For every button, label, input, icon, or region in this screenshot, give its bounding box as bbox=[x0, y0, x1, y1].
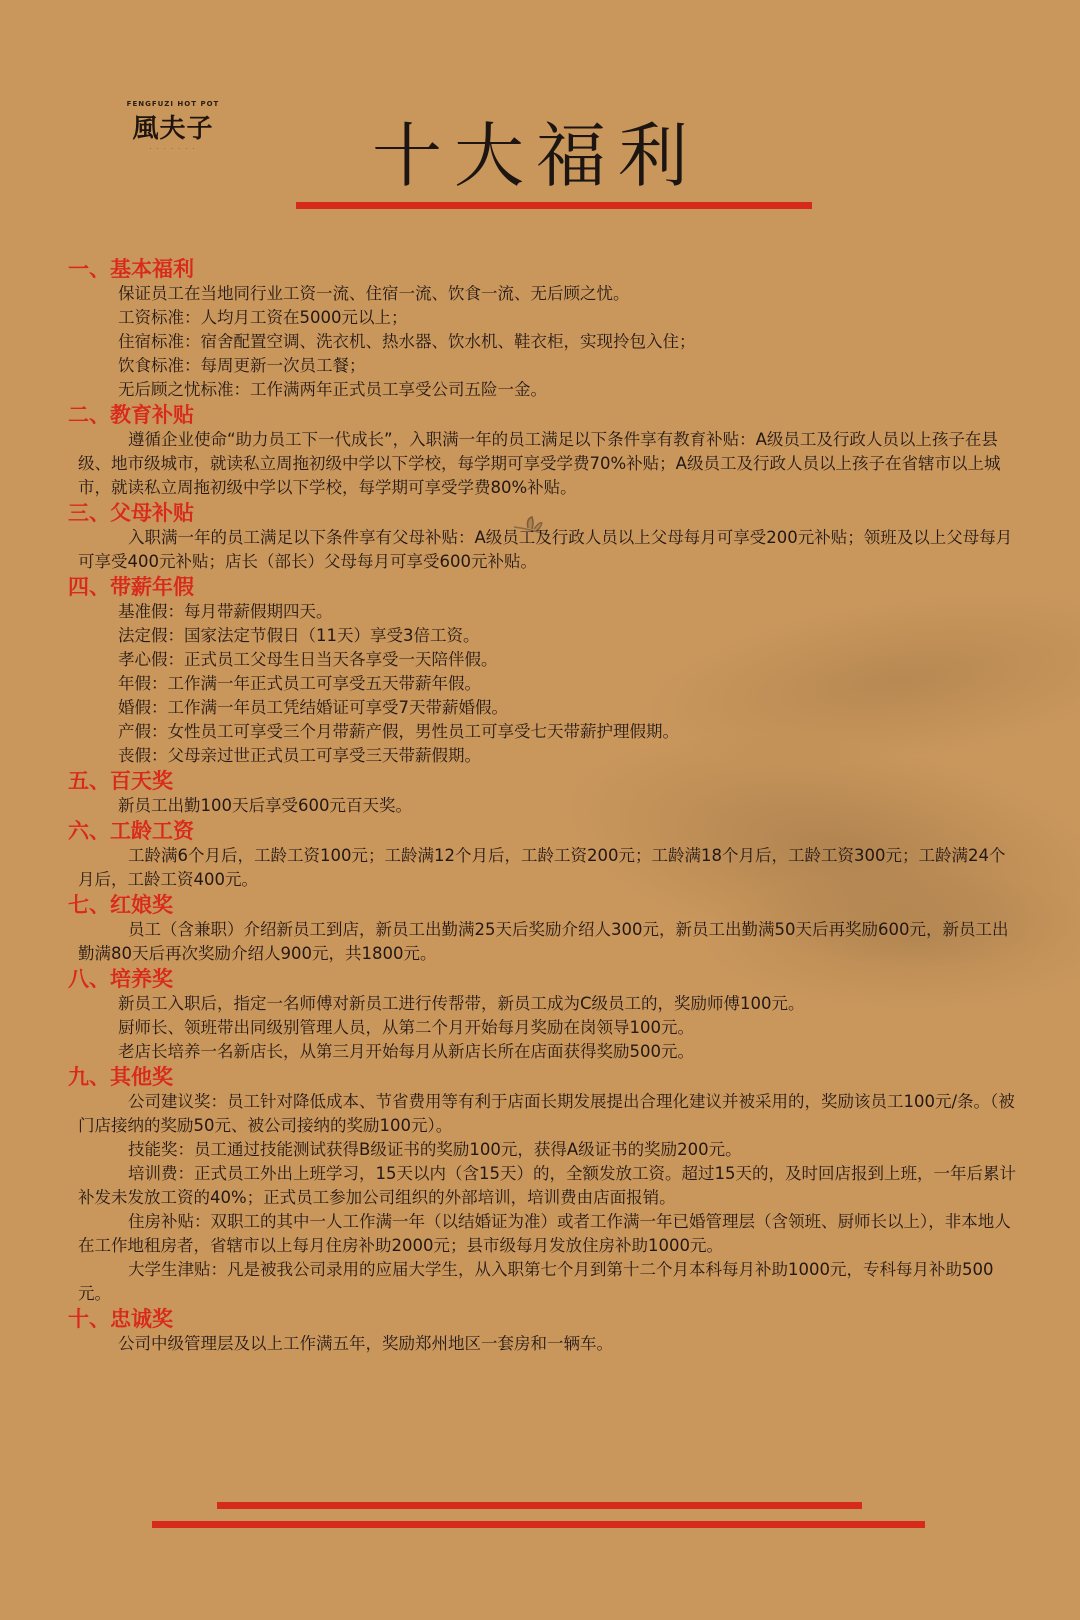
list-item: 无后顾之忧标准：工作满两年正式员工享受公司五险一金。 bbox=[68, 378, 1018, 402]
section-heading: 九、其他奖 bbox=[68, 1064, 1018, 1090]
section-parent-subsidy: 三、父母补贴 入职满一年的员工满足以下条件享有父母补贴：A级员工及行政人员以上父… bbox=[68, 500, 1018, 574]
section-paid-leave: 四、带薪年假 基准假：每月带薪假期四天。 法定假：国家法定节假日（11天）享受3… bbox=[68, 574, 1018, 768]
bottom-divider bbox=[152, 1521, 925, 1528]
section-heading: 三、父母补贴 bbox=[68, 500, 1018, 526]
brand-logo: FENGFUZI HOT POT 風夫子 · · · · · · · bbox=[118, 100, 228, 152]
list-item: 住宿标准：宿舍配置空调、洗衣机、热水器、饮水机、鞋衣柜，实现拎包入住； bbox=[68, 330, 1018, 354]
section-referral-award: 七、红娘奖 员工（含兼职）介绍新员工到店，新员工出勤满25天后奖励介绍人300元… bbox=[68, 892, 1018, 966]
list-item: 孝心假：正式员工父母生日当天各享受一天陪伴假。 bbox=[68, 648, 1018, 672]
benefits-poster: FENGFUZI HOT POT 風夫子 · · · · · · · 十大福利 … bbox=[0, 0, 1080, 1620]
paragraph: 工龄满6个月后，工龄工资100元；工龄满12个月后，工龄工资200元；工龄满18… bbox=[68, 844, 1018, 892]
page-title: 十大福利 bbox=[296, 118, 776, 194]
section-heading: 一、基本福利 bbox=[68, 256, 1018, 282]
paragraph: 员工（含兼职）介绍新员工到店，新员工出勤满25天后奖励介绍人300元，新员工出勤… bbox=[68, 918, 1018, 966]
section-mentoring-award: 八、培养奖 新员工入职后，指定一名师傅对新员工进行传帮带，新员工成为C级员工的，… bbox=[68, 966, 1018, 1064]
list-item: 老店长培养一名新店长，从第三月开始每月从新店长所在店面获得奖励500元。 bbox=[68, 1040, 1018, 1064]
paragraph: 技能奖：员工通过技能测试获得B级证书的奖励100元，获得A级证书的奖励200元。 bbox=[68, 1138, 1018, 1162]
section-seniority-pay: 六、工龄工资 工龄满6个月后，工龄工资100元；工龄满12个月后，工龄工资200… bbox=[68, 818, 1018, 892]
section-basic-benefits: 一、基本福利 保证员工在当地同行业工资一流、住宿一流、饮食一流、无后顾之忧。 工… bbox=[68, 256, 1018, 402]
section-heading: 八、培养奖 bbox=[68, 966, 1018, 992]
section-other-awards: 九、其他奖 公司建议奖：员工针对降低成本、节省费用等有利于店面长期发展提出合理化… bbox=[68, 1064, 1018, 1306]
list-item: 产假：女性员工可享受三个月带薪产假，男性员工可享受七天带薪护理假期。 bbox=[68, 720, 1018, 744]
list-item: 新员工入职后，指定一名师傅对新员工进行传帮带，新员工成为C级员工的，奖励师傅10… bbox=[68, 992, 1018, 1016]
list-item: 基准假：每月带薪假期四天。 bbox=[68, 600, 1018, 624]
section-heading: 四、带薪年假 bbox=[68, 574, 1018, 600]
section-education-subsidy: 二、教育补贴 遵循企业使命“助力员工下一代成长”，入职满一年的员工满足以下条件享… bbox=[68, 402, 1018, 500]
title-underline bbox=[296, 202, 812, 209]
paragraph: 培训费：正式员工外出上班学习，15天以内（含15天）的，全额发放工资。超过15天… bbox=[68, 1162, 1018, 1210]
section-heading: 六、工龄工资 bbox=[68, 818, 1018, 844]
list-item: 保证员工在当地同行业工资一流、住宿一流、饮食一流、无后顾之忧。 bbox=[68, 282, 1018, 306]
paragraph: 公司建议奖：员工针对降低成本、节省费用等有利于店面长期发展提出合理化建议并被采用… bbox=[68, 1090, 1018, 1138]
paragraph: 入职满一年的员工满足以下条件享有父母补贴：A级员工及行政人员以上父母每月可享受2… bbox=[68, 526, 1018, 574]
paragraph: 遵循企业使命“助力员工下一代成长”，入职满一年的员工满足以下条件享有教育补贴：A… bbox=[68, 428, 1018, 500]
section-heading: 二、教育补贴 bbox=[68, 402, 1018, 428]
paragraph: 大学生津贴：凡是被我公司录用的应届大学生，从入职第七个月到第十二个月本科每月补助… bbox=[68, 1258, 1018, 1306]
section-heading: 五、百天奖 bbox=[68, 768, 1018, 794]
section-loyalty-award: 十、忠诚奖 公司中级管理层及以上工作满五年，奖励郑州地区一套房和一辆车。 bbox=[68, 1306, 1018, 1356]
section-hundred-day-award: 五、百天奖 新员工出勤100天后享受600元百天奖。 bbox=[68, 768, 1018, 818]
benefits-list: 一、基本福利 保证员工在当地同行业工资一流、住宿一流、饮食一流、无后顾之忧。 工… bbox=[68, 256, 1018, 1356]
list-item: 法定假：国家法定节假日（11天）享受3倍工资。 bbox=[68, 624, 1018, 648]
logo-subtitle: · · · · · · · bbox=[118, 146, 228, 152]
bottom-divider bbox=[217, 1502, 862, 1509]
list-item: 公司中级管理层及以上工作满五年，奖励郑州地区一套房和一辆车。 bbox=[68, 1332, 1018, 1356]
list-item: 丧假：父母亲过世正式员工可享受三天带薪假期。 bbox=[68, 744, 1018, 768]
list-item: 厨师长、领班带出同级别管理人员，从第二个月开始每月奖励在岗领导100元。 bbox=[68, 1016, 1018, 1040]
logo-arc-text: FENGFUZI HOT POT bbox=[118, 100, 228, 108]
list-item: 新员工出勤100天后享受600元百天奖。 bbox=[68, 794, 1018, 818]
list-item: 婚假：工作满一年员工凭结婚证可享受7天带薪婚假。 bbox=[68, 696, 1018, 720]
section-heading: 十、忠诚奖 bbox=[68, 1306, 1018, 1332]
list-item: 年假：工作满一年正式员工可享受五天带薪年假。 bbox=[68, 672, 1018, 696]
paragraph: 住房补贴：双职工的其中一人工作满一年（以结婚证为准）或者工作满一年已婚管理层（含… bbox=[68, 1210, 1018, 1258]
list-item: 饮食标准：每周更新一次员工餐； bbox=[68, 354, 1018, 378]
list-item: 工资标准：人均月工资在5000元以上； bbox=[68, 306, 1018, 330]
section-heading: 七、红娘奖 bbox=[68, 892, 1018, 918]
logo-name: 風夫子 bbox=[118, 114, 228, 144]
